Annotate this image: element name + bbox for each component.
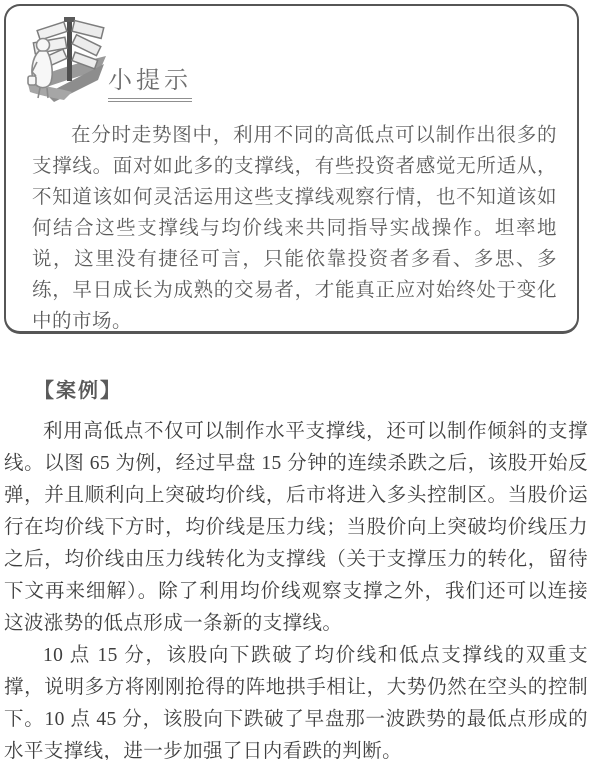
book-page: 小提示 在分时走势图中，利用不同的高低点可以制作出很多的支撑线。面对如此多的支撑… [0, 0, 592, 760]
tip-title: 小提示 [108, 60, 192, 102]
case-paragraph-2: 10 点 15 分，该股向下跌破了均价线和低点支撑线的双重支撑，说明多方将刚刚抢… [4, 640, 588, 760]
tip-box-header: 小提示 [6, 6, 577, 114]
case-section: 【案例】 利用高低点不仅可以制作水平支撑线，还可以制作倾斜的支撑线。以图 65 … [4, 374, 588, 760]
tip-body-text: 在分时走势图中，利用不同的高低点可以制作出很多的支撑线。面对如此多的支撑线，有些… [6, 120, 577, 337]
case-paragraph-1: 利用高低点不仅可以制作水平支撑线，还可以制作倾斜的支撑线。以图 65 为例，经过… [4, 416, 588, 640]
signpost-person-sketch-icon [20, 14, 108, 110]
case-heading: 【案例】 [34, 374, 588, 403]
tip-box: 小提示 在分时走势图中，利用不同的高低点可以制作出很多的支撑线。面对如此多的支撑… [4, 4, 579, 334]
